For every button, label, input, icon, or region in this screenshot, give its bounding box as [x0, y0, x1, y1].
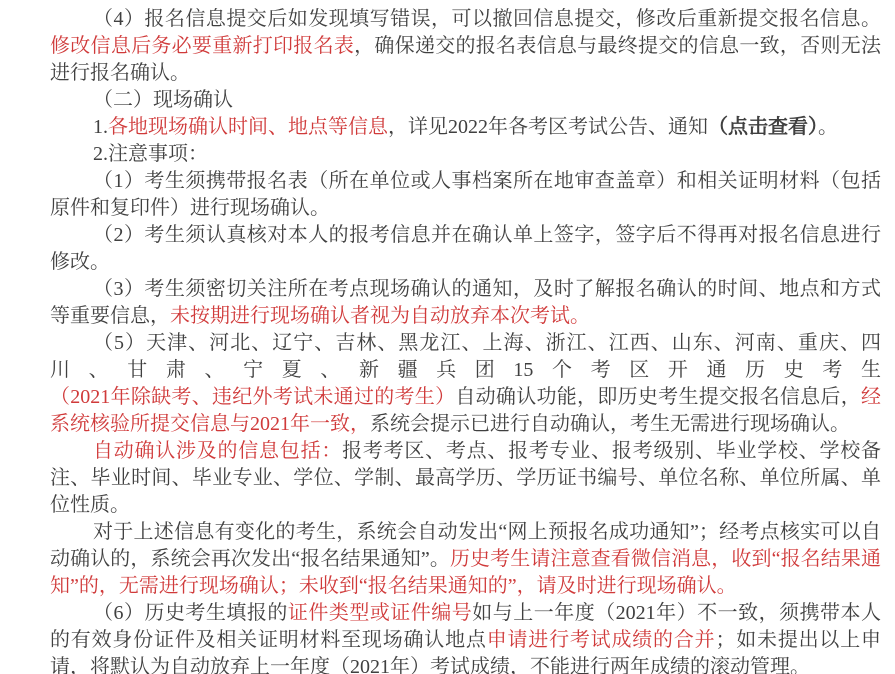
para-note-2: （2）考生须认真核对本人的报考信息并在确认单上签字，签字后不得再对报名信息进行修… [50, 222, 881, 276]
text-run: （1）考生须携带报名表（所在单位或人事档案所在地审查盖章）和相关证明材料（包括原… [50, 170, 881, 219]
notes-heading-text: 2.注意事项： [93, 143, 208, 165]
para-confirm-time-info: 1.各地现场确认时间、地点等信息，详见2022年各考区考试公告、通知（点击查看）… [50, 114, 881, 141]
text-run: （5）天津、河北、辽宁、吉林、黑龙江、上海、浙江、江西、山东、河南、重庆、四川、… [50, 332, 881, 381]
local-confirm-info-link[interactable]: 各地现场确认时间、地点等信息 [108, 116, 388, 138]
emphasis-exclusion-note: （2021年除缺考、违纪外考试未通过的考生） [50, 386, 455, 408]
para-auto-confirm-scope: 自动确认涉及的信息包括：报考考区、考点、报考专业、报考级别、毕业学校、学校备注、… [50, 438, 881, 519]
text-run: ，详见2022年各考区考试公告、通知 [388, 116, 708, 138]
para-changed-info: 对于上述信息有变化的考生，系统会自动发出“网上预报名成功通知”；经考点核实可以自… [50, 519, 881, 600]
click-to-view-link[interactable]: （点击查看） [708, 116, 818, 138]
text-run: （4）报名信息提交后如发现填写错误，可以撤回信息提交，修改后重新提交报名信息。 [93, 8, 881, 30]
para-item-6: （6）历史考生填报的证件类型或证件编号如与上一年度（2021年）不一致，须携带本… [50, 600, 881, 674]
text-run: 。 [818, 116, 838, 138]
para-note-3: （3）考生须密切关注所在考点现场确认的通知，及时了解报名确认的时间、地点和方式等… [50, 276, 881, 330]
text-run: 系统会提示已进行自动确认，考生无需进行现场确认。 [370, 413, 850, 435]
list-number: 1. [93, 116, 108, 138]
para-notes-heading: 2.注意事项： [50, 141, 881, 168]
emphasis-auto-confirm-scope: 自动确认涉及的信息包括： [93, 440, 342, 462]
emphasis-forfeit-warning: 未按期进行现场确认者视为自动放弃本次考试。 [170, 305, 590, 327]
emphasis-reprint-form: 修改信息后务必要重新打印报名表 [50, 35, 354, 57]
section-heading-text: （二）现场确认 [93, 89, 233, 111]
para-item-5: （5）天津、河北、辽宁、吉林、黑龙江、上海、浙江、江西、山东、河南、重庆、四川、… [50, 330, 881, 438]
notice-document: （4）报名信息提交后如发现填写错误，可以撤回信息提交，修改后重新提交报名信息。修… [0, 0, 895, 674]
text-run: 自动确认功能，即历史考生提交报名信息后， [455, 386, 861, 408]
heading-section-2: （二）现场确认 [50, 87, 881, 114]
emphasis-score-merge: 申请进行考试成绩的合并 [487, 629, 716, 651]
para-note-1: （1）考生须携带报名表（所在单位或人事档案所在地审查盖章）和相关证明材料（包括原… [50, 168, 881, 222]
text-run: （2）考生须认真核对本人的报考信息并在确认单上签字，签字后不得再对报名信息进行修… [50, 224, 881, 273]
emphasis-id-type-number: 证件类型或证件编号 [288, 602, 472, 624]
para-item-4: （4）报名信息提交后如发现填写错误，可以撤回信息提交，修改后重新提交报名信息。修… [50, 6, 881, 87]
text-run: （6）历史考生填报的 [93, 602, 288, 624]
